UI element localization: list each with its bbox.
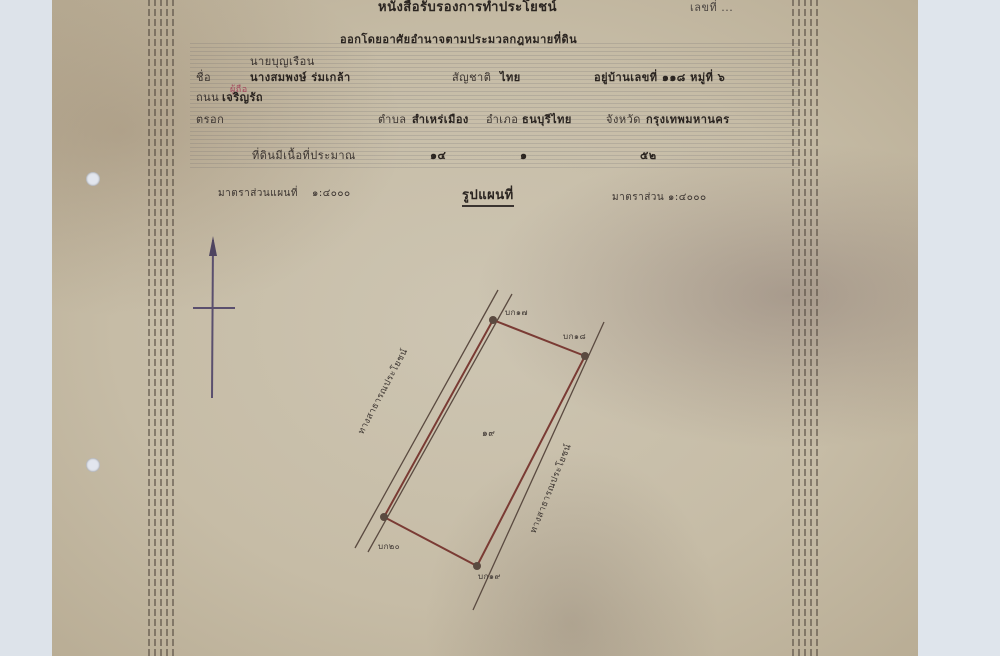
corner-mark-4: บก๒๐ [378,540,400,553]
corner-mark-1: บก๑๗ [505,306,528,319]
corner-mark-3: บก๑๙ [478,570,501,583]
map-drawing [0,0,1000,656]
north-arrow-icon [193,236,235,398]
corner-mark-2: บก๑๘ [563,330,586,343]
parcel-label: ๑๙ [482,426,495,440]
